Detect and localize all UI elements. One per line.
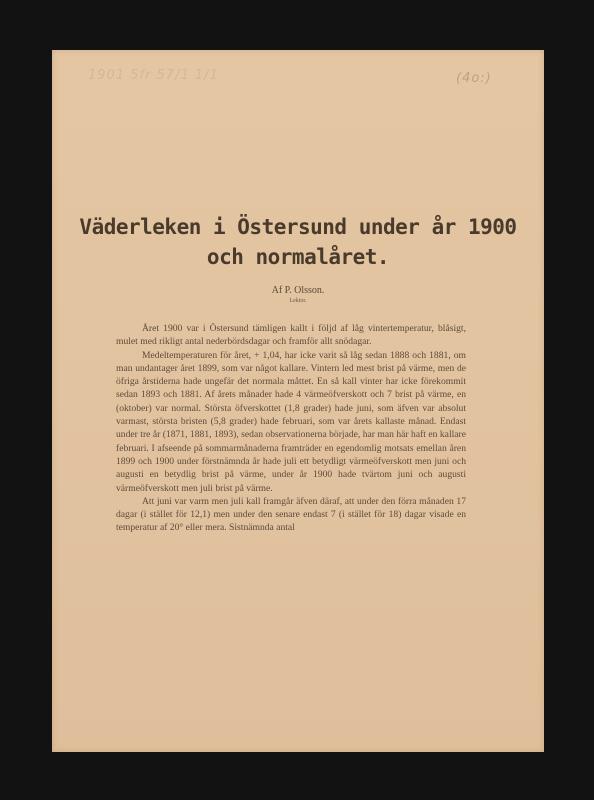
- paragraph: Att juni var varm men juli kall framgår …: [116, 495, 466, 535]
- author-role: Lektor.: [52, 298, 544, 304]
- document-page: 1901 5fr 57/1 1/1 (4o:) Väderleken i Öst…: [52, 50, 544, 752]
- pencil-note-top-right: (4o:): [456, 71, 492, 86]
- paragraph: Medeltemperaturen för året, + 1,04, har …: [116, 349, 466, 495]
- author-byline: Af P. Olsson.: [52, 285, 544, 296]
- document-title: Väderleken i Östersund under år 1900 och…: [52, 212, 544, 272]
- article-body: Året 1900 var i Östersund tämligen kallt…: [116, 312, 466, 535]
- title-line-1: Väderleken i Östersund under år 1900: [52, 212, 544, 242]
- paragraph: Året 1900 var i Östersund tämligen kallt…: [116, 322, 466, 349]
- pencil-note-top-left: 1901 5fr 57/1 1/1: [88, 68, 219, 83]
- title-line-2: och normalåret.: [52, 242, 544, 272]
